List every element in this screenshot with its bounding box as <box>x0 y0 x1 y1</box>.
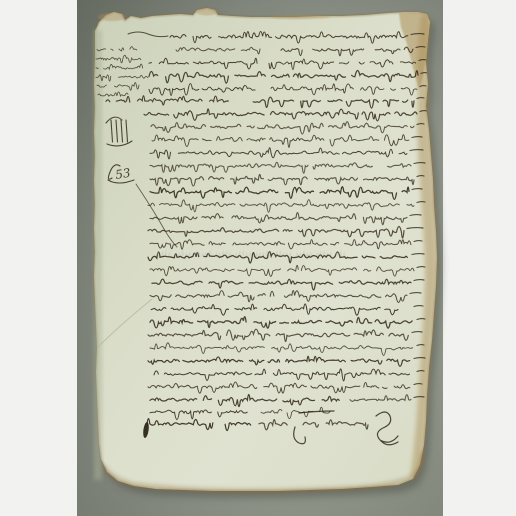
left-edge-shade <box>94 30 102 480</box>
folio-number: 53 <box>114 166 132 182</box>
top-tab-stain <box>196 9 218 16</box>
top-edge-stain <box>98 13 126 21</box>
watermark-overlay: ıllı ıılıı lıııl ııllı ıllıı ıııll llııı… <box>157 249 345 257</box>
manuscript-photo: ıllı ıılıı lıııl ııllı ıllıı ıııll llııı… <box>0 0 516 516</box>
screenshot-root: ıllı ıılıı lıııl ııllı ıllıı ıııll llııı… <box>0 0 516 516</box>
top-edge-stain-2 <box>270 15 330 20</box>
